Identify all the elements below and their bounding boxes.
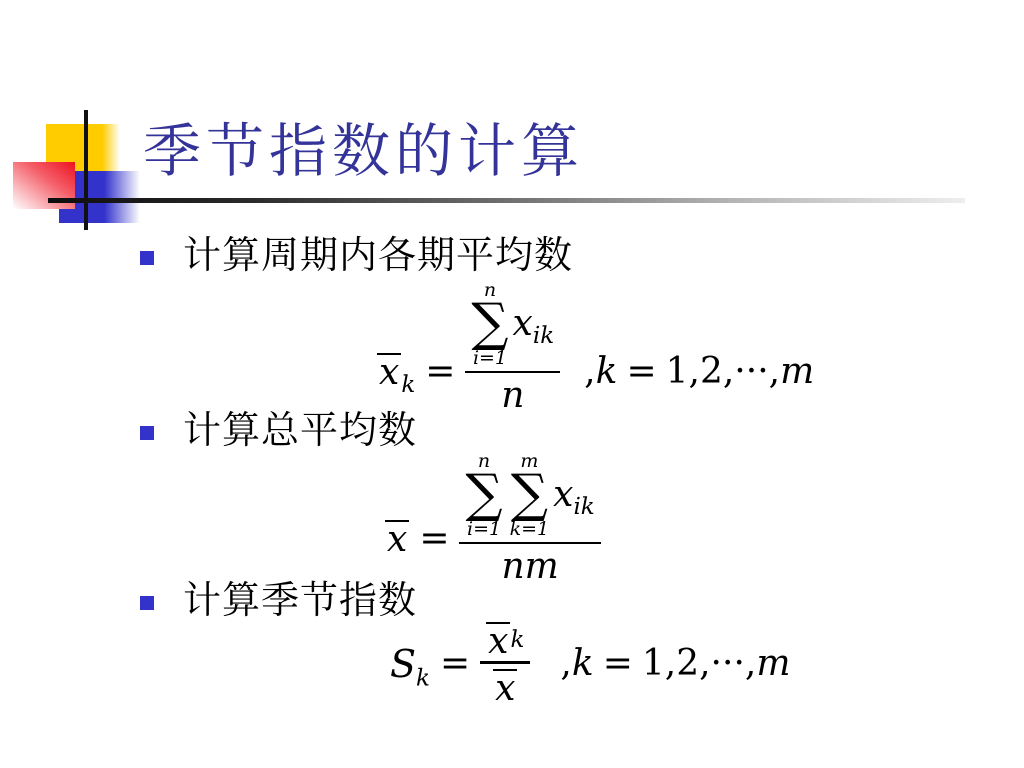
f2-fraction: n ∑ i=1 m ∑ k=1 xik nm — [459, 452, 600, 585]
f3-lhs: Sk — [390, 645, 430, 683]
equals-sign: = — [419, 521, 449, 557]
f1-numerator: n ∑ i=1 xik — [465, 281, 560, 371]
sigma-icon: ∑ — [511, 474, 548, 516]
formula-period-average: xk = n ∑ i=1 xik n ,k=1,2,···,m — [377, 281, 814, 414]
f3-condition: ,k=1,2,···,m — [560, 646, 790, 682]
decor-vertical-line — [84, 110, 88, 230]
summation: n ∑ i=1 — [465, 452, 502, 539]
slide-title: 季节指数的计算 — [143, 118, 584, 185]
bullet-item-period-average: 计算周期内各期平均数 — [140, 236, 573, 276]
bullet-text: 计算季节指数 — [183, 581, 417, 621]
xbar-symbol: x — [486, 622, 510, 658]
bullet-item-overall-average: 计算总平均数 — [140, 411, 417, 451]
bullet-item-seasonal-index: 计算季节指数 — [140, 581, 417, 621]
f1-fraction: n ∑ i=1 xik n — [465, 281, 560, 414]
sigma-icon: ∑ — [465, 474, 502, 516]
f3-numerator: xk — [480, 622, 530, 661]
bullet-square-icon — [140, 596, 154, 610]
bullet-square-icon — [140, 426, 154, 440]
f1-denominator: n — [501, 373, 524, 414]
f3-fraction: xk x — [480, 622, 530, 707]
f2-numerator: n ∑ i=1 m ∑ k=1 xik — [459, 452, 600, 542]
f3-denominator: x — [485, 664, 525, 707]
f2-denominator: nm — [501, 544, 558, 585]
title-underline — [48, 198, 965, 203]
formula-overall-average: x = n ∑ i=1 m ∑ k=1 xik nm — [385, 452, 601, 585]
f1-lhs: xk — [377, 353, 415, 391]
f2-lhs: x — [385, 520, 409, 558]
summand: xik — [553, 477, 595, 513]
formula-seasonal-index: Sk = xk x ,k=1,2,···,m — [390, 622, 790, 707]
bullet-square-icon — [140, 251, 154, 265]
bullet-text: 计算周期内各期平均数 — [183, 236, 573, 276]
equals-sign: = — [425, 354, 455, 390]
xbar-symbol: x — [385, 520, 409, 556]
presentation-slide: 季节指数的计算 计算周期内各期平均数 xk = n ∑ i=1 xik n ,k… — [0, 0, 1024, 768]
summation: n ∑ i=1 — [471, 281, 508, 368]
sigma-icon: ∑ — [471, 303, 508, 345]
f1-condition: ,k=1,2,···,m — [584, 354, 814, 390]
bullet-text: 计算总平均数 — [183, 411, 417, 451]
xbar-symbol: x — [377, 353, 401, 389]
equals-sign: = — [440, 646, 470, 682]
xbar-symbol: x — [493, 669, 517, 705]
summation: m ∑ k=1 — [510, 452, 550, 539]
summand: xik — [513, 306, 555, 342]
